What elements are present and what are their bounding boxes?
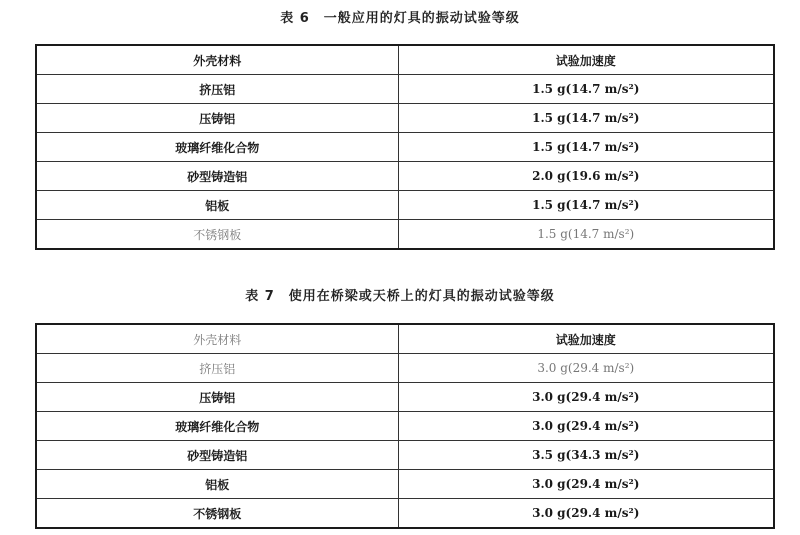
- material-cell: 砂型铸造铝: [36, 162, 398, 191]
- acceleration-cell: 1.5 g(14.7 m/s²): [398, 191, 774, 220]
- acceleration-cell: 1.5 g(14.7 m/s²): [398, 104, 774, 133]
- table-7-title: 使用在桥梁或天桥上的灯具的振动试验等级: [289, 289, 555, 304]
- table-row: 玻璃纤维化合物 1.5 g(14.7 m/s²): [36, 133, 774, 162]
- table-row: 挤压铝 3.0 g(29.4 m/s²): [36, 354, 774, 383]
- material-cell: 压铸铝: [36, 104, 398, 133]
- material-cell: 砂型铸造铝: [36, 441, 398, 470]
- table-6-vibration-general: 外壳材料 试验加速度 挤压铝 1.5 g(14.7 m/s²) 压铸铝 1.5 …: [35, 44, 775, 250]
- table-row: 挤压铝 1.5 g(14.7 m/s²): [36, 75, 774, 104]
- table-header-row: 外壳材料 试验加速度: [36, 45, 774, 75]
- acceleration-cell: 3.0 g(29.4 m/s²): [398, 499, 774, 529]
- table-6-title: 一般应用的灯具的振动试验等级: [324, 11, 520, 26]
- material-cell: 铝板: [36, 470, 398, 499]
- header-material: 外壳材料: [36, 45, 398, 75]
- acceleration-cell: 1.5 g(14.7 m/s²): [398, 220, 774, 250]
- material-cell: 压铸铝: [36, 383, 398, 412]
- acceleration-cell: 3.5 g(34.3 m/s²): [398, 441, 774, 470]
- table-row: 不锈钢板 3.0 g(29.4 m/s²): [36, 499, 774, 529]
- material-cell: 挤压铝: [36, 354, 398, 383]
- table-row: 铝板 3.0 g(29.4 m/s²): [36, 470, 774, 499]
- material-cell: 不锈钢板: [36, 220, 398, 250]
- table-6-caption: 表 6一般应用的灯具的振动试验等级: [0, 7, 800, 26]
- material-cell: 玻璃纤维化合物: [36, 412, 398, 441]
- material-cell: 铝板: [36, 191, 398, 220]
- table-row: 不锈钢板 1.5 g(14.7 m/s²): [36, 220, 774, 250]
- table-row: 压铸铝 1.5 g(14.7 m/s²): [36, 104, 774, 133]
- table-header-row: 外壳材料 试验加速度: [36, 324, 774, 354]
- acceleration-cell: 1.5 g(14.7 m/s²): [398, 75, 774, 104]
- material-cell: 玻璃纤维化合物: [36, 133, 398, 162]
- acceleration-cell: 1.5 g(14.7 m/s²): [398, 133, 774, 162]
- material-cell: 挤压铝: [36, 75, 398, 104]
- acceleration-cell: 3.0 g(29.4 m/s²): [398, 383, 774, 412]
- header-acceleration: 试验加速度: [398, 324, 774, 354]
- table-7-caption: 表 7使用在桥梁或天桥上的灯具的振动试验等级: [0, 285, 800, 304]
- material-cell: 不锈钢板: [36, 499, 398, 529]
- acceleration-cell: 3.0 g(29.4 m/s²): [398, 354, 774, 383]
- header-material: 外壳材料: [36, 324, 398, 354]
- acceleration-cell: 3.0 g(29.4 m/s²): [398, 412, 774, 441]
- acceleration-cell: 3.0 g(29.4 m/s²): [398, 470, 774, 499]
- table-row: 砂型铸造铝 3.5 g(34.3 m/s²): [36, 441, 774, 470]
- acceleration-cell: 2.0 g(19.6 m/s²): [398, 162, 774, 191]
- table-row: 压铸铝 3.0 g(29.4 m/s²): [36, 383, 774, 412]
- table-row: 砂型铸造铝 2.0 g(19.6 m/s²): [36, 162, 774, 191]
- table-7-vibration-bridge: 外壳材料 试验加速度 挤压铝 3.0 g(29.4 m/s²) 压铸铝 3.0 …: [35, 323, 775, 529]
- table-row: 玻璃纤维化合物 3.0 g(29.4 m/s²): [36, 412, 774, 441]
- table-7-number: 表 7: [245, 289, 275, 304]
- table-6-number: 表 6: [280, 11, 310, 26]
- table-row: 铝板 1.5 g(14.7 m/s²): [36, 191, 774, 220]
- header-acceleration: 试验加速度: [398, 45, 774, 75]
